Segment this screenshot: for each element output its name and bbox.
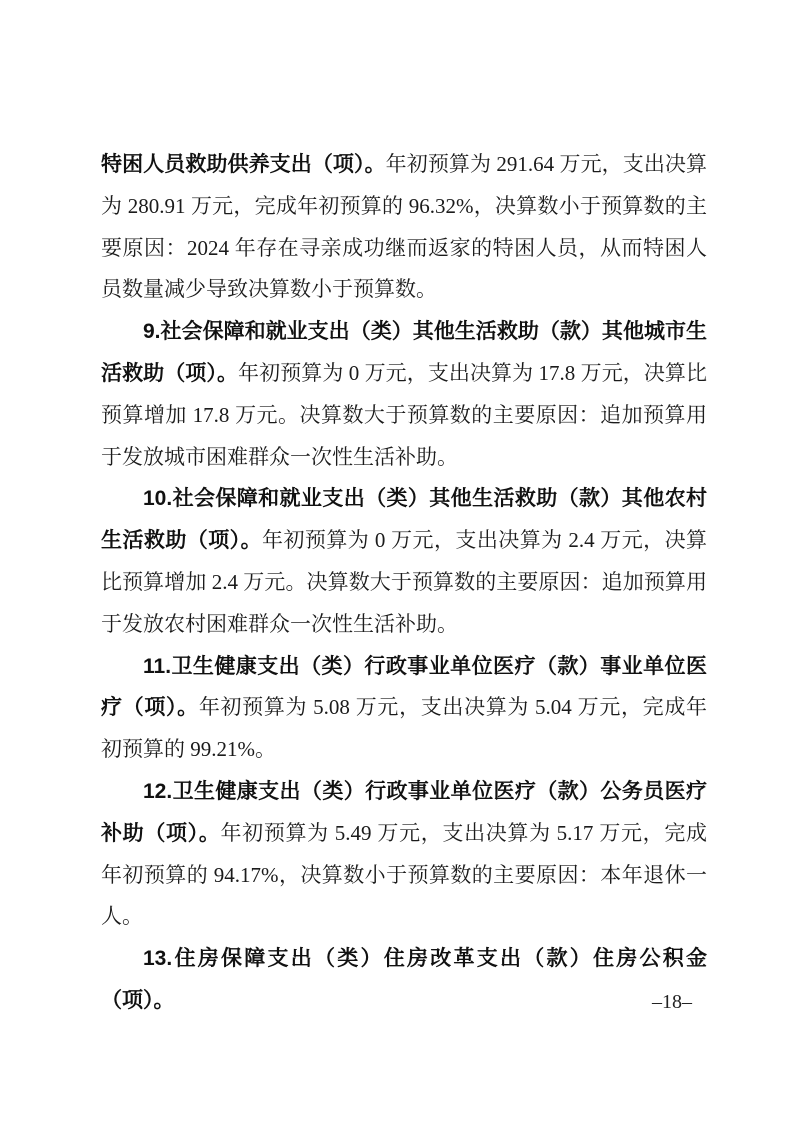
paragraph-12: 12.卫生健康支出（类）行政事业单位医疗（款）公务员医疗补助（项）。年初预算为 …: [101, 771, 707, 938]
paragraph-10: 10.社会保障和就业支出（类）其他生活救助（款）其他农村生活救助（项）。年初预算…: [101, 478, 707, 645]
page-footer: –18–: [0, 988, 692, 1016]
paragraph-11: 11.卫生健康支出（类）行政事业单位医疗（款）事业单位医疗（项）。年初预算为 5…: [101, 646, 707, 771]
page-number: –18–: [652, 991, 692, 1013]
paragraph-9: 9.社会保障和就业支出（类）其他生活救助（款）其他城市生活救助（项）。年初预算为…: [101, 311, 707, 478]
paragraph-heading: 特困人员救助供养支出（项）。: [101, 153, 386, 176]
paragraph-8-continuation: 特困人员救助供养支出（项）。年初预算为 291.64 万元，支出决算为 280.…: [101, 144, 707, 311]
document-body: 特困人员救助供养支出（项）。年初预算为 291.64 万元，支出决算为 280.…: [101, 144, 707, 1022]
document-page: 特困人员救助供养支出（项）。年初预算为 291.64 万元，支出决算为 280.…: [0, 0, 793, 1122]
